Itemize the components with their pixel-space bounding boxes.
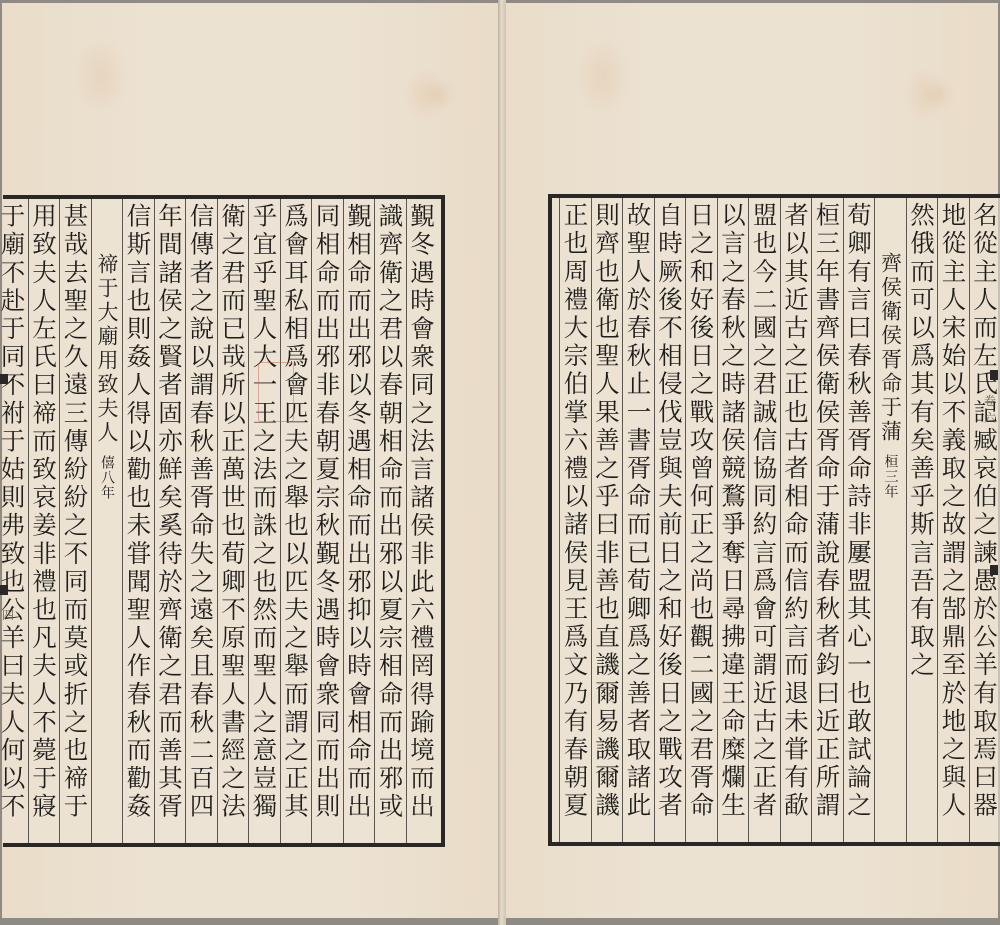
text-column: 覲相命而出邪以冬遇相命而出邪抑以時會相命而出邪衆 [343,199,375,843]
text-column: 甚哉去聖之久遠三傳紛紛之不同而莫或折之也禘于大廟 [59,199,91,843]
section-heading: 齊侯衛侯胥命于蒲 [879,252,903,444]
text-column: 名從主人而左氏記臧哀伯之諫愚於公羊有取焉曰器從名 [969,198,1000,842]
text-column: 年間諸侯之賢者固亦鮮矣奚待於齊衛之君而善其胥命邪 [154,199,186,843]
text-column: 衛之君而已哉所以正萬世也荀卿不原聖人書經之法而徒 [217,199,249,843]
text-column: 用致夫人左氏曰禘而致哀姜非禮也凡夫人不薨于寢不殯 [28,199,60,843]
text-column: 桓三年書齊侯衛侯胥命于蒲說春秋者鈞曰近正所謂近正 [811,198,843,842]
right-page-frame: 名從主人而左氏記臧哀伯之諫愚於公羊有取焉曰器從名 地從主人宋始以不義取之故謂之郜… [548,194,1000,846]
fold-marker-icon [990,370,998,380]
heading-note: 僖八年 [99,455,115,500]
heading-note: 桓三年 [883,454,899,499]
right-page-columns: 名從主人而左氏記臧哀伯之諫愚於公羊有取焉曰器從名 地從主人宋始以不義取之故謂之郜… [574,198,1000,842]
text-column: 識齊衛之君以春朝相命而出邪以夏宗相命而出邪或以秋 [374,199,406,843]
text-column: 日之和好後日之戰攻曾何正之尚也觀二國之君胥命于蒲 [685,198,717,842]
text-column: 信傳者之說以謂春秋善胥命失之遠矣且春秋二百四十二 [185,199,217,843]
text-column: 爲會耳私相爲會匹夫之舉也以匹夫之舉而謂之正其可得 [280,199,312,843]
text-column: 自時厥後不相侵伐豈與夫前日之和好後日之戰攻者班也 [654,198,686,842]
fold-marker-icon [0,585,8,595]
text-column: 地從主人宋始以不義取之故謂之郜鼎至於地之與人則不 [937,198,969,842]
faded-seal-stamp [258,362,294,422]
text-column: 故聖人於春秋止一書胥命而已荀卿爲之善者取諸此也然 [622,198,654,842]
text-column: 于廟不赴于同不祔于姑則弗致也公羊曰夫人何以不氏譏 [0,199,28,843]
book-gutter [498,0,506,925]
left-page-columns: 覲冬遇時會衆同之法言諸侯非此六禮罔得踰境而出矣不 識齊衛之君以春朝相命而出邪以夏… [3,199,437,843]
text-column: 乎宜乎聖人大一王之法而誅之也然而聖人之意豈獨誅齊 [248,199,280,843]
margin-mark: 四 [2,606,14,623]
section-heading: 禘于大廟用致夫人 [95,253,119,445]
fold-marker-icon [990,565,998,575]
text-column: 者以其近古之正也古者相命而信約言而退未甞有歃血之 [780,198,812,842]
fold-marker-icon [0,374,8,384]
text-column: 則齊也衛也聖人果善之乎曰非善也直譏爾易譏爾譏其非 [591,198,623,842]
text-column: 同相命而出邪非春朝夏宗秋覲冬遇時會衆同而出則私相 [311,199,343,843]
left-page-frame: 覲冬遇時會衆同之法言諸侯非此六禮罔得踰境而出矣不 識齊衛之君以春朝相命而出邪以夏… [3,195,445,847]
text-column: 覲冬遇時會衆同之法言諸侯非此六禮罔得踰境而出矣不 [406,199,438,843]
text-column: 以言之春秋之時諸侯競鶩爭奪日尋拂違王命糜爛生衆前 [717,198,749,842]
text-column: 然俄而可以爲其有矣善乎斯言吾有取之 [906,198,938,842]
text-column: 正也周禮大宗伯掌六禮以諸侯見王爲文乃有春朝夏宗秋 [559,198,591,842]
text-column: 信斯言也則姦人得以勸也未甞聞聖人作春秋而勸姦人也 [122,199,154,843]
section-heading-column: 禘于大廟用致夫人僖八年 [91,199,123,843]
text-column: 盟也今二國之君誠信協同約言爲會可謂近古之正者已何 [748,198,780,842]
text-column: 荀卿有言曰春秋善胥命詩非屢盟其心一也敢試論之謹按 [843,198,875,842]
margin-mark: 卷六 [984,392,1000,426]
section-heading-column: 齊侯衛侯胥命于蒲桓三年 [874,198,906,842]
